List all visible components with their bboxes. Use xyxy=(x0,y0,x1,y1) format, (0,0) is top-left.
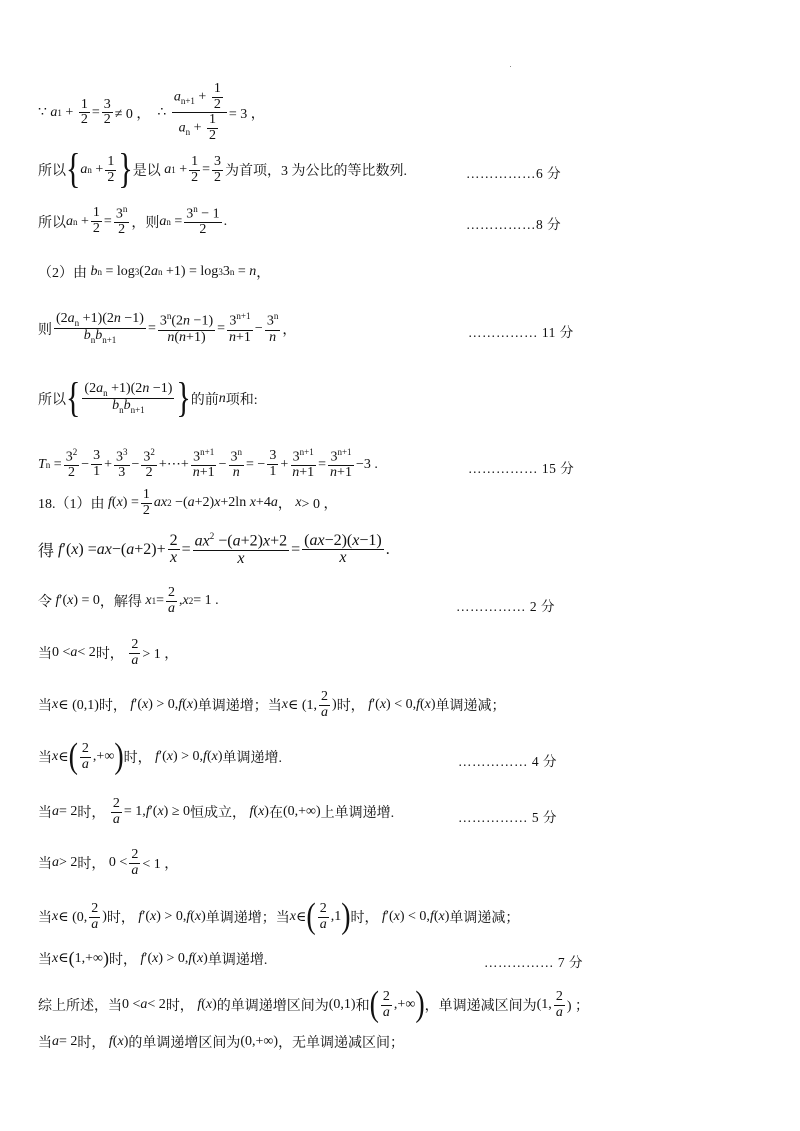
text-shi: 时， xyxy=(99,695,127,715)
text-dang: 当 xyxy=(38,907,52,927)
text-no-dec: ，无单调递减区间； xyxy=(278,1032,404,1052)
text-jiede: ，解得 xyxy=(100,591,142,611)
line-8: 18.（1）由 f(x) =12ax2 −(a+2)x+2ln x+4a ， x… xyxy=(38,488,337,518)
text-dang: 当 xyxy=(38,802,52,822)
text-inc: 单调递增； xyxy=(198,695,268,715)
score-7: …………… 7 分 xyxy=(484,951,583,971)
text-dec: 单调递减； xyxy=(449,907,519,927)
text-dang: 当 xyxy=(38,1032,52,1052)
line-4: （2）由 bn = log3(2an +1) = log33n = n ， xyxy=(38,262,270,282)
text-suoyi: 所以 xyxy=(38,160,66,180)
text-summary: 综上所述，当 xyxy=(38,995,122,1015)
text-first-term: 为首项，3 为公比的等比数列. xyxy=(225,160,407,180)
text-dang: 当 xyxy=(38,949,52,969)
text-shi: 时， xyxy=(351,907,379,927)
line-6: 所以 { (2an +1)(2n −1)bnbn+1 } 的前n 项和: xyxy=(38,382,258,415)
text-shi: 时， xyxy=(77,1032,105,1052)
text-zai: 在 xyxy=(269,802,283,822)
text-ling: 令 xyxy=(38,591,52,611)
line-17: 当x ∈ (1,+∞) 时， f′(x) > 0, f(x) 单调递增. xyxy=(38,948,267,969)
text-inc-end: 单调递增. xyxy=(208,949,268,969)
therefore-symbol: ∴ xyxy=(157,104,166,121)
line-12: 当x ∈ (0,1) 时， f′(x) > 0, f(x) 单调递增； 当x ∈… xyxy=(38,690,506,720)
line-14: 当a = 2 时， 2a= 1, f′(x) ≥ 0 恒成立， f(x) 在(0… xyxy=(38,797,394,827)
score-6: ……………6 分 xyxy=(466,162,561,182)
text-suoyi: 所以 xyxy=(38,389,66,409)
line-11: 当0 < a < 2 时， 2a> 1 ， xyxy=(38,638,178,668)
score-5: …………… 5 分 xyxy=(458,806,557,826)
text-inc-interval: 的单调递增区间为 xyxy=(128,1032,240,1052)
line-13: 当x ∈ (2a,+∞) 时， f′(x) > 0, f(x) 单调递增. xyxy=(38,742,282,772)
text-qian: 的前 xyxy=(191,389,219,409)
text-dang: 当 xyxy=(38,747,52,767)
line-18: 综上所述，当0 < a < 2 时， f(x) 的单调递增区间为(0,1) 和 … xyxy=(38,990,589,1020)
because-symbol: ∵ xyxy=(38,104,47,121)
text-inc-interval: 的单调递增区间为 xyxy=(217,995,329,1015)
line-2: 所以 {an +12} 是以 a1 +12=32 为首项，3 为公比的等比数列. xyxy=(38,155,407,185)
text-dang: 当 xyxy=(38,643,52,663)
line-3: 所以 an +12=3n2， 则 an =3n − 12. xyxy=(38,205,227,238)
score-11: …………… 11 分 xyxy=(468,321,574,341)
line-1: ∵ a1 + 12= 32≠ 0 ， ∴ an+1 + 12 an + 12 =… xyxy=(38,82,265,144)
line-7: Tn = 322− 31+ 333− 322+⋯+ 3n+1n+1− 3nn= … xyxy=(38,448,378,481)
text-shi: 时， xyxy=(107,907,135,927)
line-19: 当a = 2 时， f(x) 的单调递增区间为(0,+∞) ，无单调递减区间； xyxy=(38,1032,404,1052)
text-xianghe: 项和: xyxy=(226,389,258,409)
score-4: …………… 4 分 xyxy=(458,750,557,770)
text-de: 得 xyxy=(38,538,54,561)
line-15: 当a > 2 时， 0 <2a< 1 ， xyxy=(38,848,178,878)
text-shi: 时， xyxy=(337,695,365,715)
text-hengchengli: 恒成立， xyxy=(190,802,246,822)
score-8: ……………8 分 xyxy=(466,213,561,233)
text-dang: 当 xyxy=(268,695,282,715)
text-dec-interval: ，单调递减区间为 xyxy=(425,995,537,1015)
text-dang: 当 xyxy=(38,695,52,715)
text-inc: 单调递增； xyxy=(206,907,276,927)
text-shi: 时， xyxy=(77,802,105,822)
text-shi: 时， xyxy=(166,995,194,1015)
text-dang: 当 xyxy=(276,907,290,927)
text-shi: 时， xyxy=(109,949,137,969)
text-ze: 则 xyxy=(38,319,52,339)
scan-speck xyxy=(510,66,511,67)
text-inc-end: 单调递增. xyxy=(223,747,283,767)
text-dec: 单调递减； xyxy=(436,695,506,715)
text-shi: 时， xyxy=(96,643,124,663)
text-shang-inc: 上单调递增. xyxy=(321,802,395,822)
text-shiyi: 是以 xyxy=(133,160,161,180)
line-9: 得 f′(x) = ax −(a+2)+ 2x= ax2 −(a+2)x+2x=… xyxy=(38,532,390,568)
text-q18: 18.（1）由 xyxy=(38,493,105,513)
text-suoyi: 所以 xyxy=(38,212,66,232)
text-he: 和 xyxy=(356,995,370,1015)
line-16: 当x ∈ (0,2a) 时， f′(x) > 0, f(x) 单调递增； 当x … xyxy=(38,902,519,932)
line-5: 则 (2an +1)(2n −1)bnbn+1= 3n(2n −1)n(n+1)… xyxy=(38,312,296,345)
text-shi: 时， xyxy=(77,853,105,873)
text-dang: 当 xyxy=(38,853,52,873)
score-15: …………… 15 分 xyxy=(468,457,574,477)
text-part2: （2）由 xyxy=(38,262,87,282)
line-10: 令 f′(x) = 0 ，解得 x1 = 2a, x2 = 1 . xyxy=(38,586,219,616)
text-ze: 则 xyxy=(145,212,159,232)
score-2: …………… 2 分 xyxy=(456,595,555,615)
text-shi: 时， xyxy=(124,747,152,767)
